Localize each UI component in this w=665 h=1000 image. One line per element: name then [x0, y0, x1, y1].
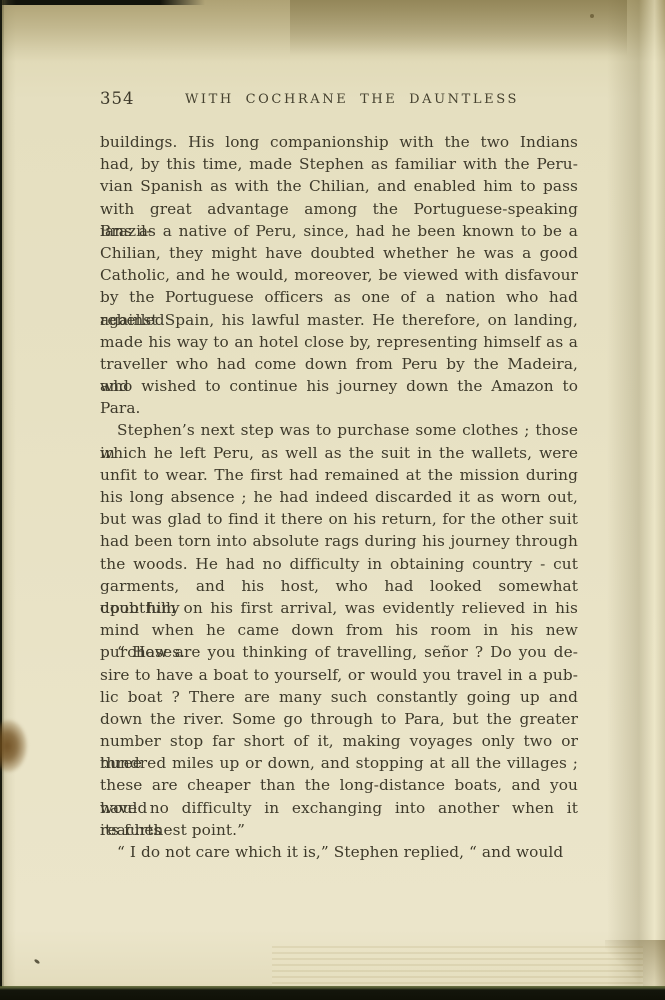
paper-speck — [34, 959, 41, 965]
text-line: made his way to an hotel close by, repre… — [100, 331, 578, 353]
text-line: upon him on his first arrival, was evide… — [100, 597, 578, 619]
text-line: against Spain, his lawful master. He the… — [100, 309, 578, 331]
text-line: vian Spanish as with the Chilian, and en… — [100, 175, 578, 197]
ink-stain — [0, 720, 27, 772]
text-line: the woods. He had no difficulty in obtai… — [100, 553, 578, 575]
page-number: 354 — [100, 89, 135, 108]
body-text: buildings. His long companionship with t… — [100, 131, 578, 863]
text-line: Stephen’s next step was to purchase some… — [100, 419, 578, 441]
text-line: Catholic, and he would, moreover, be vie… — [100, 264, 578, 286]
text-line: “ I do not care which it is,” Stephen re… — [100, 841, 578, 863]
text-line: have no difficulty in exchanging into an… — [100, 797, 578, 819]
text-line: buildings. His long companionship with t… — [100, 131, 578, 153]
text-line: had been torn into absolute rags during … — [100, 530, 578, 552]
book-edge-bottom — [0, 986, 665, 1000]
running-title: WITH COCHRANE THE DAUNTLESS — [100, 89, 578, 107]
page-curl-shadow — [607, 0, 665, 987]
text-line: traveller who had come down from Peru by… — [100, 353, 578, 375]
text-line: mind when he came down from his room in … — [100, 619, 578, 641]
text-line: Para. — [100, 397, 578, 419]
text-line: unfit to wear. The first had remained at… — [100, 464, 578, 486]
page-top-shadow — [0, 0, 665, 62]
text-line: sire to have a boat to yourself, or woul… — [100, 664, 578, 686]
text-line: by the Portuguese officers as one of a n… — [100, 286, 578, 308]
text-line: its furthest point.” — [100, 819, 578, 841]
book-page-scan: 354 WITH COCHRANE THE DAUNTLESS building… — [0, 0, 665, 1000]
page-edge-striations — [272, 946, 643, 988]
text-line: who wished to continue his journey down … — [100, 375, 578, 397]
text-line: Chilian, they might have doubted whether… — [100, 242, 578, 264]
text-line: had, by this time, made Stephen as famil… — [100, 153, 578, 175]
binding-edge — [0, 0, 16, 987]
text-line: “ How are you thinking of travelling, se… — [100, 641, 578, 663]
page-header: 354 WITH COCHRANE THE DAUNTLESS — [100, 89, 578, 111]
text-line: ians as a native of Peru, since, had he … — [100, 220, 578, 242]
page-corner-shadow — [605, 940, 665, 988]
text-line: number stop far short of it, making voya… — [100, 730, 578, 752]
text-line: which he left Peru, as well as the suit … — [100, 442, 578, 464]
book-edge-top — [0, 0, 205, 5]
paper-speck — [590, 14, 594, 18]
text-line: lic boat ? There are many such constantl… — [100, 686, 578, 708]
text-line: down the river. Some go through to Para,… — [100, 708, 578, 730]
text-line: hundred miles up or down, and stopping a… — [100, 752, 578, 774]
text-line: these are cheaper than the long-distance… — [100, 774, 578, 796]
text-line: his long absence ; he had indeed discard… — [100, 486, 578, 508]
text-line: but was glad to find it there on his ret… — [100, 508, 578, 530]
text-line: with great advantage among the Portugues… — [100, 198, 578, 220]
page-top-shadow-right — [290, 0, 627, 56]
text-line: garments, and his host, who had looked s… — [100, 575, 578, 597]
